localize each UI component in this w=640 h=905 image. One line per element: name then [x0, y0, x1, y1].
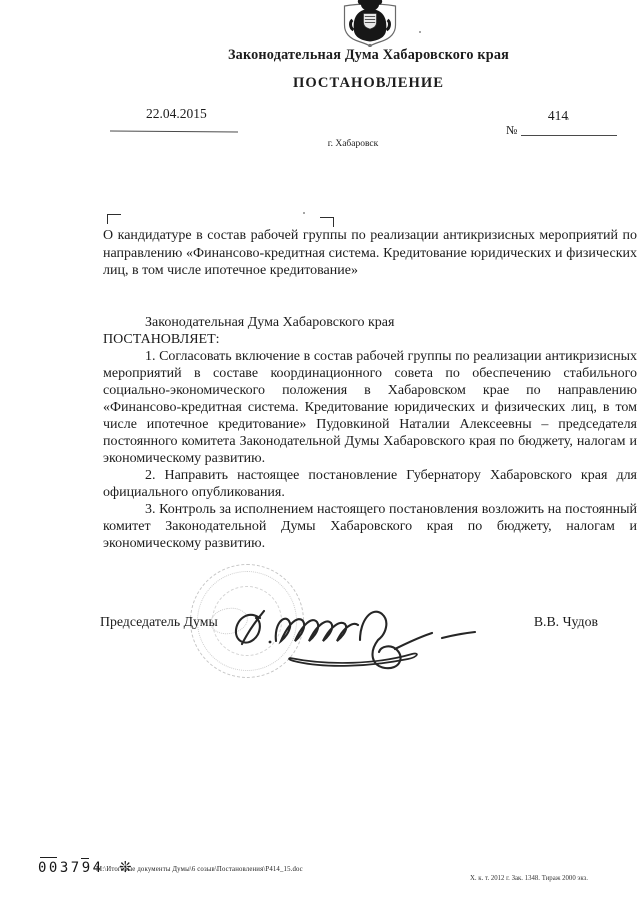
- stamp-rosette-icon: ❊: [119, 861, 132, 876]
- paragraph-2: 2. Направить настоящее постановление Губ…: [103, 467, 637, 501]
- registration-stamp-number: 003794: [38, 860, 104, 876]
- signer-title: Председатель Думы: [100, 614, 218, 630]
- organization-name: Законодательная Дума Хабаровского края: [100, 47, 637, 64]
- corner-mark-right-icon: [320, 217, 334, 227]
- scan-speck: [607, 236, 609, 238]
- resolves-line: ПОСТАНОВЛЯЕТ:: [103, 331, 637, 348]
- paragraph-1: 1. Согласовать включение в состав рабоче…: [103, 348, 637, 467]
- city-label: г. Хабаровск: [298, 139, 408, 149]
- scan-speck: [419, 31, 421, 33]
- stamp-overline: [81, 858, 89, 859]
- khabarovsk-coat-of-arms-icon: [341, 0, 399, 47]
- print-shop-info: Х. к. т. 2012 г. Зак. 1348. Тираж 2000 э…: [470, 875, 588, 882]
- document-type-title: ПОСТАНОВЛЕНИЕ: [100, 75, 637, 92]
- document-number: 414: [534, 108, 582, 124]
- scanned-resolution-document: Законодательная Дума Хабаровского края П…: [0, 0, 640, 905]
- signer-name: В.В. Чудов: [534, 614, 598, 630]
- corner-mark-left-icon: [107, 214, 121, 224]
- document-date: 22.04.2015: [146, 106, 207, 122]
- number-sign: №: [506, 123, 517, 138]
- preamble-line: Законодательная Дума Хабаровского края: [103, 314, 637, 331]
- date-underline: [110, 131, 238, 133]
- scan-speck: [303, 212, 305, 214]
- paragraph-3: 3. Контроль за исполнением настоящего по…: [103, 501, 637, 552]
- number-underline: [521, 135, 617, 136]
- resolution-body: Законодательная Дума Хабаровского края П…: [103, 314, 637, 552]
- handwritten-signature-icon: [208, 576, 488, 681]
- subject-paragraph: О кандидатуре в состав рабочей группы по…: [103, 227, 637, 280]
- stamp-overline: [40, 857, 57, 858]
- scan-speck: [567, 118, 569, 120]
